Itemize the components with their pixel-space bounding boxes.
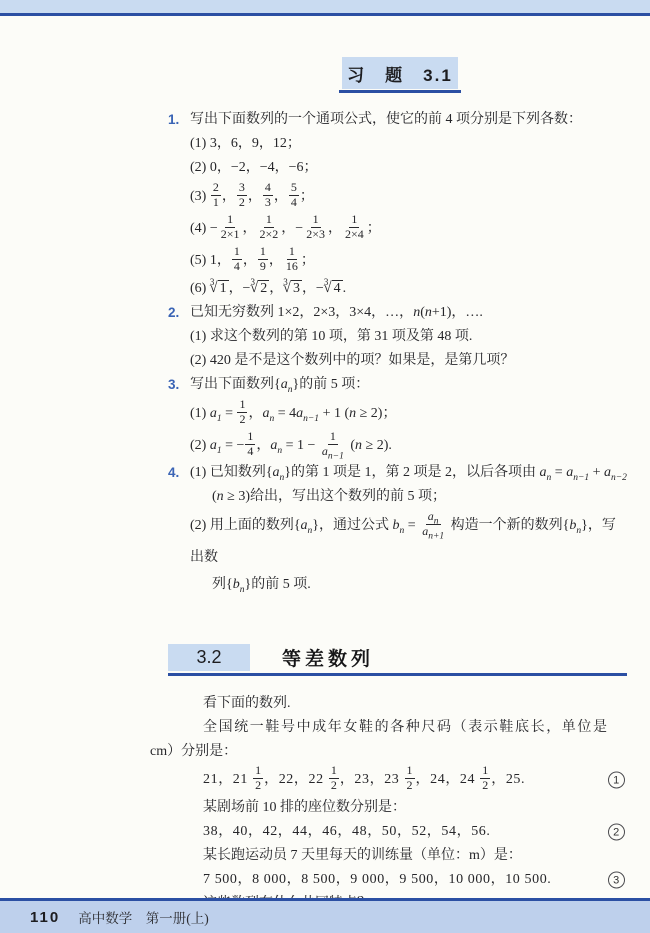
math-subscript: n [277, 446, 282, 456]
paragraph-line: 38，40，42，44，46，48，50，52，54，56.2 [150, 820, 627, 844]
fraction: 12 [237, 398, 247, 427]
fraction: 12×4 [343, 213, 366, 242]
math-variable: n [425, 305, 432, 320]
math-variable: n [349, 406, 356, 421]
fraction-numerator: 1 [264, 213, 274, 228]
root-degree: 3 [210, 277, 215, 287]
fraction-numerator: 1 [328, 430, 338, 445]
fraction-denominator: 9 [258, 260, 268, 274]
item-number: 2. [168, 302, 179, 324]
equation-tag-circled-2: 2 [608, 824, 625, 841]
line-content: cm）分别是： [150, 744, 237, 759]
equation-tag-circled-1: 1 [608, 772, 625, 789]
exercise-line: (4) −12×1，12×2，−12×3，12×4； [168, 213, 627, 245]
math-variable: a [604, 465, 611, 480]
fraction-denominator: 4 [245, 445, 255, 459]
exercise-line: (2) 420 是不是这个数列中的项？如果是，是第几项？ [168, 350, 627, 372]
fraction-numerator: 1 [232, 245, 242, 260]
fraction-denominator: 4 [289, 196, 299, 210]
math-variable: a [210, 406, 217, 421]
exercise-line: (1) 求这个数列的第 10 项，第 31 项及第 48 项. [168, 326, 627, 348]
fraction-denominator: 2 [405, 779, 415, 793]
line-content: (2) 420 是不是这个数列中的项？如果是，是第几项？ [190, 353, 514, 368]
fraction: 19 [258, 245, 268, 274]
line-content: 已知无穷数列 1×2，2×3，3×4，…，n(n+1)，…. [190, 305, 483, 320]
fraction-denominator: 2 [253, 779, 263, 793]
fraction: 116 [284, 245, 300, 274]
section-title: 等差数列 [282, 644, 374, 671]
fraction-numerator: 3 [237, 181, 247, 196]
fraction-numerator: 1 [225, 213, 235, 228]
paragraph-line: 全国统一鞋号中成年女鞋的各种尺码（表示鞋底长，单位是 [150, 716, 627, 740]
exercise-line: (6) 3√1，−3√2，3√3，−3√4. [168, 277, 627, 300]
math-subscript: n+1 [428, 532, 444, 542]
line-content: (3) 21，32，43，54； [190, 189, 314, 204]
math-subscript: n [547, 473, 552, 483]
section-header: 3.2 等差数列 [168, 644, 627, 676]
math-subscript: n−2 [611, 473, 627, 483]
top-rule [0, 13, 650, 16]
exercise-line: (2) 用上面的数列{an}，通过公式 bn = anan+1 构造一个新的数列… [168, 510, 627, 574]
math-variable: n [413, 305, 420, 320]
math-subscript: n−1 [328, 452, 344, 462]
math-subscript: n [280, 473, 285, 483]
fraction-denominator: 2×4 [343, 228, 366, 242]
fraction: 1an−1 [320, 430, 346, 459]
fraction-numerator: 1 [405, 764, 415, 779]
line-content: (1) a1 = 12，an = 4an−1 + 1 (n ≥ 2)； [190, 406, 396, 421]
cube-root: 3√1 [210, 281, 229, 296]
line-content: (6) 3√1，−3√2，3√3，−3√4. [190, 281, 346, 296]
math-subscript: 1 [217, 446, 222, 456]
math-variable: n [355, 438, 362, 453]
exercise-line: (1) a1 = 12，an = 4an−1 + 1 (n ≥ 2)； [168, 398, 627, 430]
fraction-denominator: 1 [211, 196, 221, 210]
fraction-numerator: 1 [253, 764, 263, 779]
paragraph-line: 21，21 12，22，22 12，23，23 12，24，24 12，25.1 [150, 764, 627, 796]
math-variable: b [233, 577, 240, 592]
exercise-line: 列{bn}的前 5 项. [168, 574, 627, 596]
radicand: 4 [332, 280, 343, 296]
paragraph-line: 某剧场前 10 排的座位数分别是： [150, 796, 627, 820]
exercise-line: (2) a1 = −14，an = 1 − 1an−1 (n ≥ 2). [168, 430, 627, 462]
fraction: 12×1 [219, 213, 242, 242]
fraction-numerator: 1 [329, 764, 339, 779]
section-body: 看下面的数列.全国统一鞋号中成年女鞋的各种尺码（表示鞋底长，单位是cm）分别是：… [150, 692, 627, 916]
section-header-row: 3.2 等差数列 [168, 644, 627, 671]
fraction-numerator: 1 [480, 764, 490, 779]
line-content: 全国统一鞋号中成年女鞋的各种尺码（表示鞋底长，单位是 [203, 720, 609, 735]
fraction-numerator: 5 [289, 181, 299, 196]
line-content: (2) 用上面的数列{an}，通过公式 bn = anan+1 构造一个新的数列… [190, 518, 616, 565]
fraction-denominator: 4 [232, 260, 242, 274]
math-variable: n [217, 489, 224, 504]
fraction: 43 [263, 181, 273, 210]
line-content: (1) 求这个数列的第 10 项，第 31 项及第 48 项. [190, 329, 472, 344]
item-number: 1. [168, 109, 179, 131]
line-content: 38，40，42，44，46，48，50，52，54，56. [203, 824, 491, 839]
exercise-line: 1.写出下面数列的一个通项公式，使它的前 4 项分别是下列各数： [168, 109, 627, 131]
section-rule [168, 673, 627, 676]
math-subscript: 1 [217, 414, 222, 424]
fraction: 54 [289, 181, 299, 210]
fraction: 14 [245, 430, 255, 459]
fraction-numerator: 1 [311, 213, 321, 228]
radicand: 2 [258, 280, 269, 296]
math-subscript: n [240, 585, 245, 595]
fraction: 12 [480, 764, 490, 793]
line-content: 写出下面数列{an}的前 5 项： [190, 377, 369, 392]
radicand: 3 [291, 280, 302, 296]
paragraph-line: cm）分别是： [150, 740, 627, 764]
fraction: 12×3 [304, 213, 327, 242]
exercise-list: 1.写出下面数列的一个通项公式，使它的前 4 项分别是下列各数：(1) 3，6，… [168, 109, 627, 596]
fraction-denominator: 2×1 [219, 228, 242, 242]
fraction-denominator: an−1 [320, 445, 346, 459]
item-number: 4. [168, 462, 179, 484]
fraction-denominator: 2 [237, 196, 247, 210]
line-content: (n ≥ 3)给出，写出这个数列的前 5 项； [212, 489, 446, 504]
paragraph-line: 某长跑运动员 7 天里每天的训练量（单位：m）是： [150, 844, 627, 868]
fraction-numerator: 4 [263, 181, 273, 196]
footer: 110 高中数学 第一册(上) [0, 898, 650, 933]
exercise-line: (2) 0，−2，−4，−6； [168, 157, 627, 179]
exercise-line: 2.已知无穷数列 1×2，2×3，3×4，…，n(n+1)，…. [168, 302, 627, 324]
fraction: 12 [405, 764, 415, 793]
cube-root: 3√2 [250, 281, 269, 296]
fraction: 21 [211, 181, 221, 210]
line-content: 看下面的数列. [203, 696, 291, 711]
math-subscript: n [288, 385, 293, 395]
fraction-denominator: 2 [237, 413, 247, 427]
math-variable: a [301, 518, 308, 533]
line-content: 写出下面数列的一个通项公式，使它的前 4 项分别是下列各数： [190, 112, 582, 127]
exercise-line: (5) 1，14，19，116； [168, 245, 627, 277]
math-variable: a [273, 465, 280, 480]
fraction: 14 [232, 245, 242, 274]
exercise-line: (n ≥ 3)给出，写出这个数列的前 5 项； [168, 486, 627, 508]
math-subscript: n−1 [573, 473, 589, 483]
fraction-numerator: 1 [349, 213, 359, 228]
exercise-line: 4.(1) 已知数列{an}的第 1 项是 1，第 2 项是 2，以后各项由 a… [168, 462, 627, 484]
math-subscript: n [308, 526, 313, 536]
exercise-header: 习 题 3.1 [342, 57, 458, 89]
fraction-numerator: 1 [237, 398, 247, 413]
item-number: 3. [168, 374, 179, 396]
root-degree: 3 [324, 277, 329, 287]
fraction-numerator: 2 [211, 181, 221, 196]
exercise-header-rule [339, 90, 461, 93]
line-content: 列{bn}的前 5 项. [212, 577, 311, 592]
exercise-line: (3) 21，32，43，54； [168, 181, 627, 213]
line-content: 某剧场前 10 排的座位数分别是： [203, 800, 406, 815]
fraction-denominator: 2×3 [304, 228, 327, 242]
page-number: 110 [30, 909, 60, 926]
fraction-denominator: 2×2 [258, 228, 281, 242]
cube-root: 3√4 [324, 281, 343, 296]
root-degree: 3 [250, 277, 255, 287]
math-variable: a [281, 377, 288, 392]
math-variable: b [393, 518, 400, 533]
fraction-denominator: 2 [480, 779, 490, 793]
fraction-numerator: 1 [258, 245, 268, 260]
exercise-line: 3.写出下面数列{an}的前 5 项： [168, 374, 627, 396]
fraction-numerator: an [426, 510, 441, 525]
math-subscript: n−1 [303, 414, 319, 424]
line-content: (2) a1 = −14，an = 1 − 1an−1 (n ≥ 2). [190, 438, 392, 453]
math-subscript: n [269, 414, 274, 424]
math-subscript: n [576, 526, 581, 536]
top-decoration-strip [0, 0, 650, 13]
line-content: (2) 0，−2，−4，−6； [190, 160, 318, 175]
fraction: 12×2 [258, 213, 281, 242]
fraction: 12 [253, 764, 263, 793]
fraction-numerator: 1 [245, 430, 255, 445]
line-content: 某长跑运动员 7 天里每天的训练量（单位：m）是： [203, 848, 522, 863]
line-content: 21，21 12，22，22 12，23，23 12，24，24 12，25. [203, 772, 525, 787]
exercise-line: (1) 3，6，9，12； [168, 133, 627, 155]
section-number: 3.2 [168, 644, 250, 671]
fraction: 12 [329, 764, 339, 793]
fraction: anan+1 [420, 510, 446, 539]
line-content: (1) 已知数列{an}的第 1 项是 1，第 2 项是 2，以后各项由 an … [190, 465, 627, 480]
cube-root: 3√3 [283, 281, 302, 296]
line-content: (5) 1，14，19，116； [190, 253, 315, 268]
equation-tag-circled-3: 3 [608, 872, 625, 889]
paragraph-line: 7 500，8 000，8 500，9 000，9 500，10 000，10 … [150, 868, 627, 892]
exercise-header-label: 习 题 3.1 [347, 66, 453, 85]
fraction-denominator: an+1 [420, 525, 446, 539]
fraction-numerator: 1 [287, 245, 297, 260]
math-variable: a [210, 438, 217, 453]
fraction: 32 [237, 181, 247, 210]
footer-bar: 110 高中数学 第一册(上) [0, 901, 650, 933]
radicand: 1 [218, 280, 229, 296]
math-variable: a [540, 465, 547, 480]
math-subscript: n [400, 526, 405, 536]
fraction-denominator: 3 [263, 196, 273, 210]
line-content: (4) −12×1，12×2，−12×3，12×4； [190, 221, 381, 236]
line-content: 7 500，8 000，8 500，9 000，9 500，10 000，10 … [203, 872, 551, 887]
fraction-denominator: 2 [329, 779, 339, 793]
line-content: (1) 3，6，9，12； [190, 136, 301, 151]
root-degree: 3 [283, 277, 288, 287]
fraction-denominator: 16 [284, 260, 300, 274]
footer-book-title: 高中数学 第一册(上) [78, 907, 209, 927]
paragraph-line: 看下面的数列. [150, 692, 627, 716]
